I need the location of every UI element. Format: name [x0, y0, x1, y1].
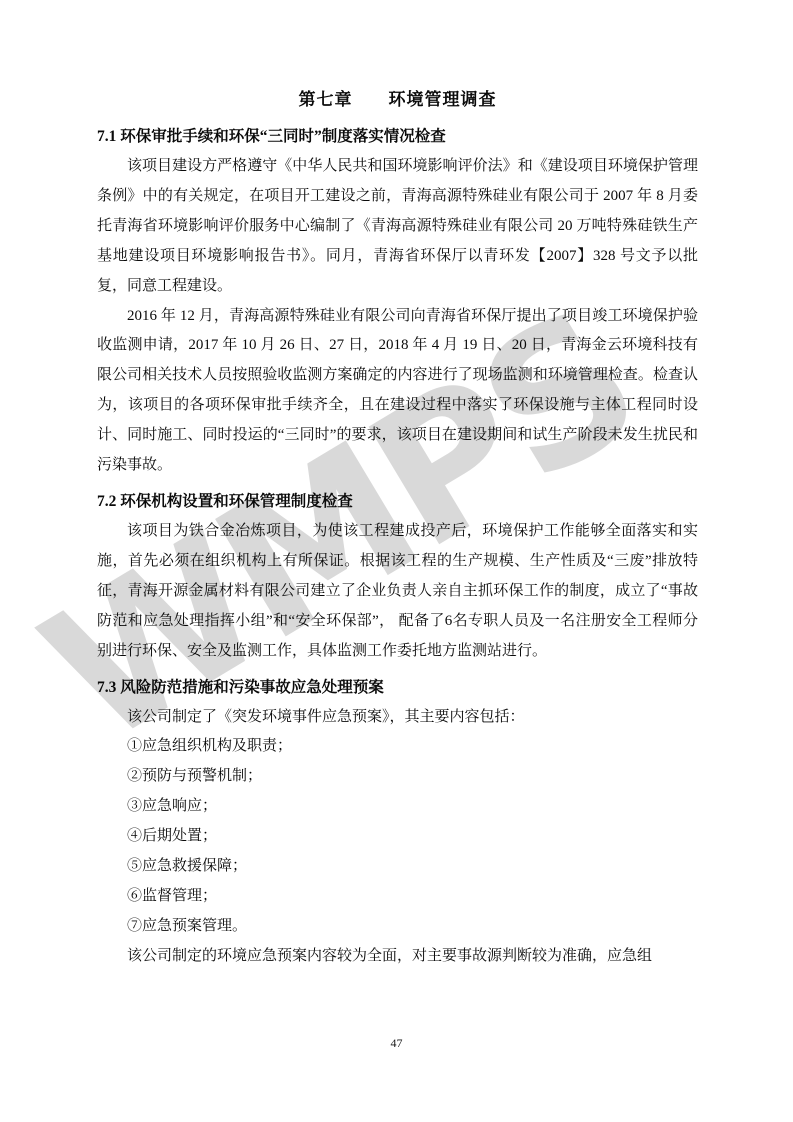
- section-heading: 7.3 风险防范措施和污染事故应急处理预案: [97, 673, 698, 703]
- document-page: WMPS 第七章 环境管理调查 7.1 环保审批手续和环保“三同时”制度落实情况…: [0, 0, 793, 1122]
- paragraph: ⑤应急救援保障；: [97, 852, 698, 882]
- sections-container: 7.1 环保审批手续和环保“三同时”制度落实情况检查该项目建设方严格遵守《中华人…: [97, 122, 698, 972]
- paragraph: 2016 年 12 月，青海高源特殊硅业有限公司向青海省环保厅提出了项目竣工环境…: [97, 302, 698, 481]
- paragraph: 该项目为铁合金冶炼项目，为使该工程建成投产后，环境保护工作能够全面落实和实施，首…: [97, 517, 698, 667]
- paragraph: ②预防与预警机制；: [97, 762, 698, 792]
- paragraph: 该公司制定的环境应急预案内容较为全面，对主要事故源判断较为准确，应急组: [97, 942, 698, 972]
- document-content: 第七章 环境管理调查 7.1 环保审批手续和环保“三同时”制度落实情况检查该项目…: [97, 84, 698, 972]
- paragraph: 该项目建设方严格遵守《中华人民共和国环境影响评价法》和《建设项目环境保护管理条例…: [97, 152, 698, 302]
- chapter-title: 第七章 环境管理调查: [97, 84, 698, 116]
- paragraph: ⑦应急预案管理。: [97, 912, 698, 942]
- section-heading: 7.1 环保审批手续和环保“三同时”制度落实情况检查: [97, 122, 698, 152]
- section-heading: 7.2 环保机构设置和环保管理制度检查: [97, 487, 698, 517]
- paragraph: 该公司制定了《突发环境事件应急预案》，其主要内容包括：: [97, 703, 698, 733]
- paragraph: ④后期处置；: [97, 822, 698, 852]
- paragraph: ①应急组织机构及职责；: [97, 732, 698, 762]
- paragraph: ⑥监督管理；: [97, 882, 698, 912]
- paragraph: ③应急响应；: [97, 792, 698, 822]
- page-number: 47: [0, 1036, 793, 1051]
